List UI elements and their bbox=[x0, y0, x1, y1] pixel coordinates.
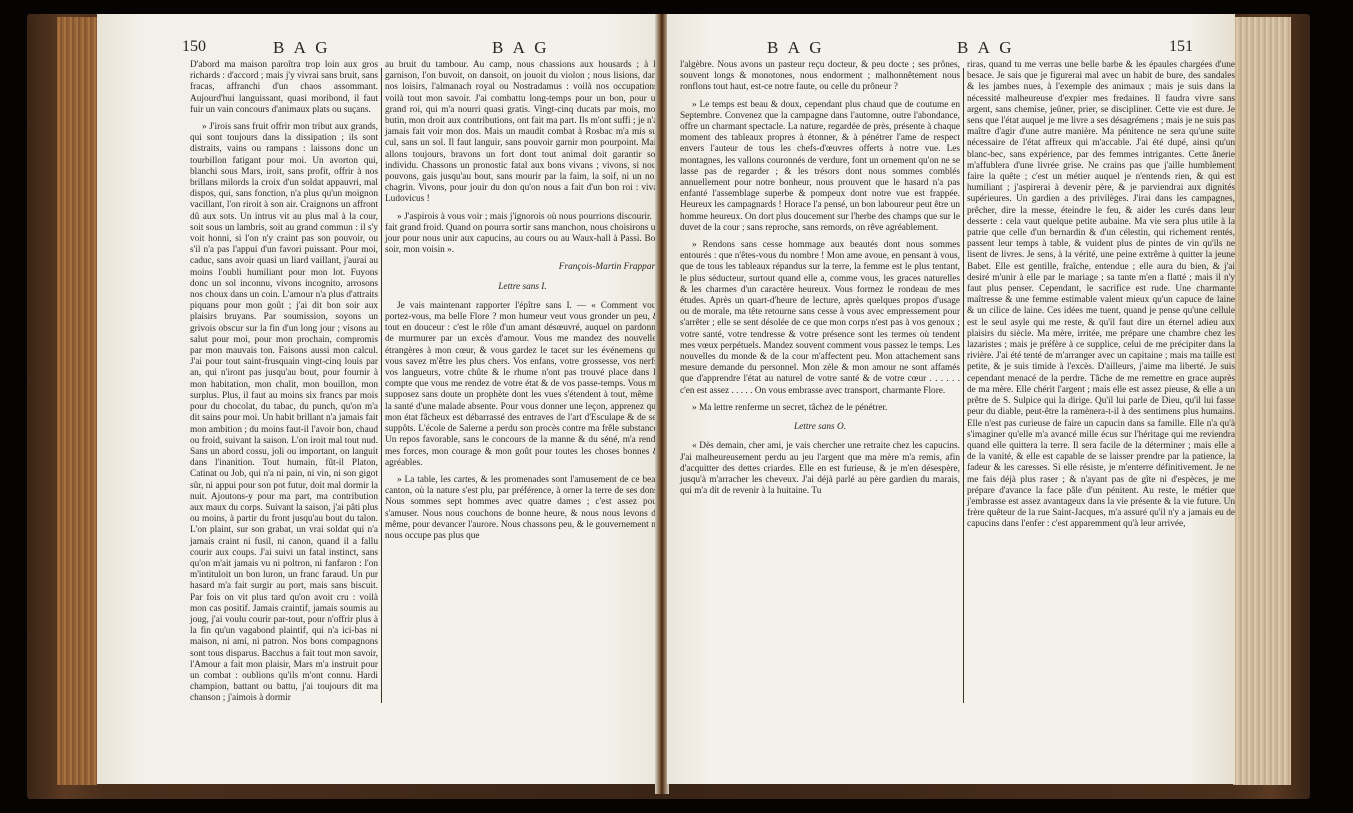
text-column: D'abord ma maison paroîtra trop loin aux… bbox=[190, 60, 378, 705]
paragraph: » J'irois sans fruit offrir mon tribut a… bbox=[190, 122, 378, 705]
paragraph: » J'aspirois à vous voir ; mais j'ignoro… bbox=[385, 212, 660, 257]
paragraph: » Rendons sans cesse hommage aux beautés… bbox=[680, 240, 960, 397]
text-column: riras, quand tu me verras une belle barb… bbox=[967, 60, 1235, 531]
paragraph: » La table, les cartes, & les promenades… bbox=[385, 475, 660, 542]
text-column: l'algèbre. Nous avons un pasteur reçu do… bbox=[680, 60, 960, 497]
paragraph: » Le temps est beau & doux, cependant pl… bbox=[680, 100, 960, 234]
section-heading: Lettre sans O. bbox=[680, 422, 960, 433]
running-head: B A G bbox=[492, 38, 550, 58]
running-head: B A G bbox=[957, 38, 1015, 58]
text-column: au bruit du tambour. Au camp, nous chass… bbox=[385, 60, 660, 542]
page-number: 150 bbox=[182, 38, 206, 56]
paragraph: l'algèbre. Nous avons un pasteur reçu do… bbox=[680, 60, 960, 94]
paragraph: Je vais maintenant rapporter l'épître sa… bbox=[385, 301, 660, 469]
left-page: 150 B A G B A G D'abord ma maison paroît… bbox=[97, 14, 657, 784]
right-page: B A G B A G 151 l'algèbre. Nous avons un… bbox=[667, 14, 1235, 784]
signature: François-Martin Frappart. bbox=[385, 262, 660, 273]
running-head: B A G bbox=[273, 38, 331, 58]
paragraph: au bruit du tambour. Au camp, nous chass… bbox=[385, 60, 660, 206]
column-rule bbox=[381, 68, 382, 703]
column-rule bbox=[963, 68, 964, 703]
paragraph: D'abord ma maison paroîtra trop loin aux… bbox=[190, 60, 378, 116]
section-heading: Lettre sans I. bbox=[385, 282, 660, 293]
paragraph: » Ma lettre renferme un secret, tâchez d… bbox=[680, 403, 960, 414]
paragraph: riras, quand tu me verras une belle barb… bbox=[967, 60, 1235, 531]
running-head: B A G bbox=[767, 38, 825, 58]
page-edges-right bbox=[1233, 17, 1291, 785]
paragraph: « Dès demain, cher ami, je vais chercher… bbox=[680, 441, 960, 497]
page-edges-left bbox=[57, 17, 97, 785]
page-number: 151 bbox=[1169, 38, 1193, 56]
